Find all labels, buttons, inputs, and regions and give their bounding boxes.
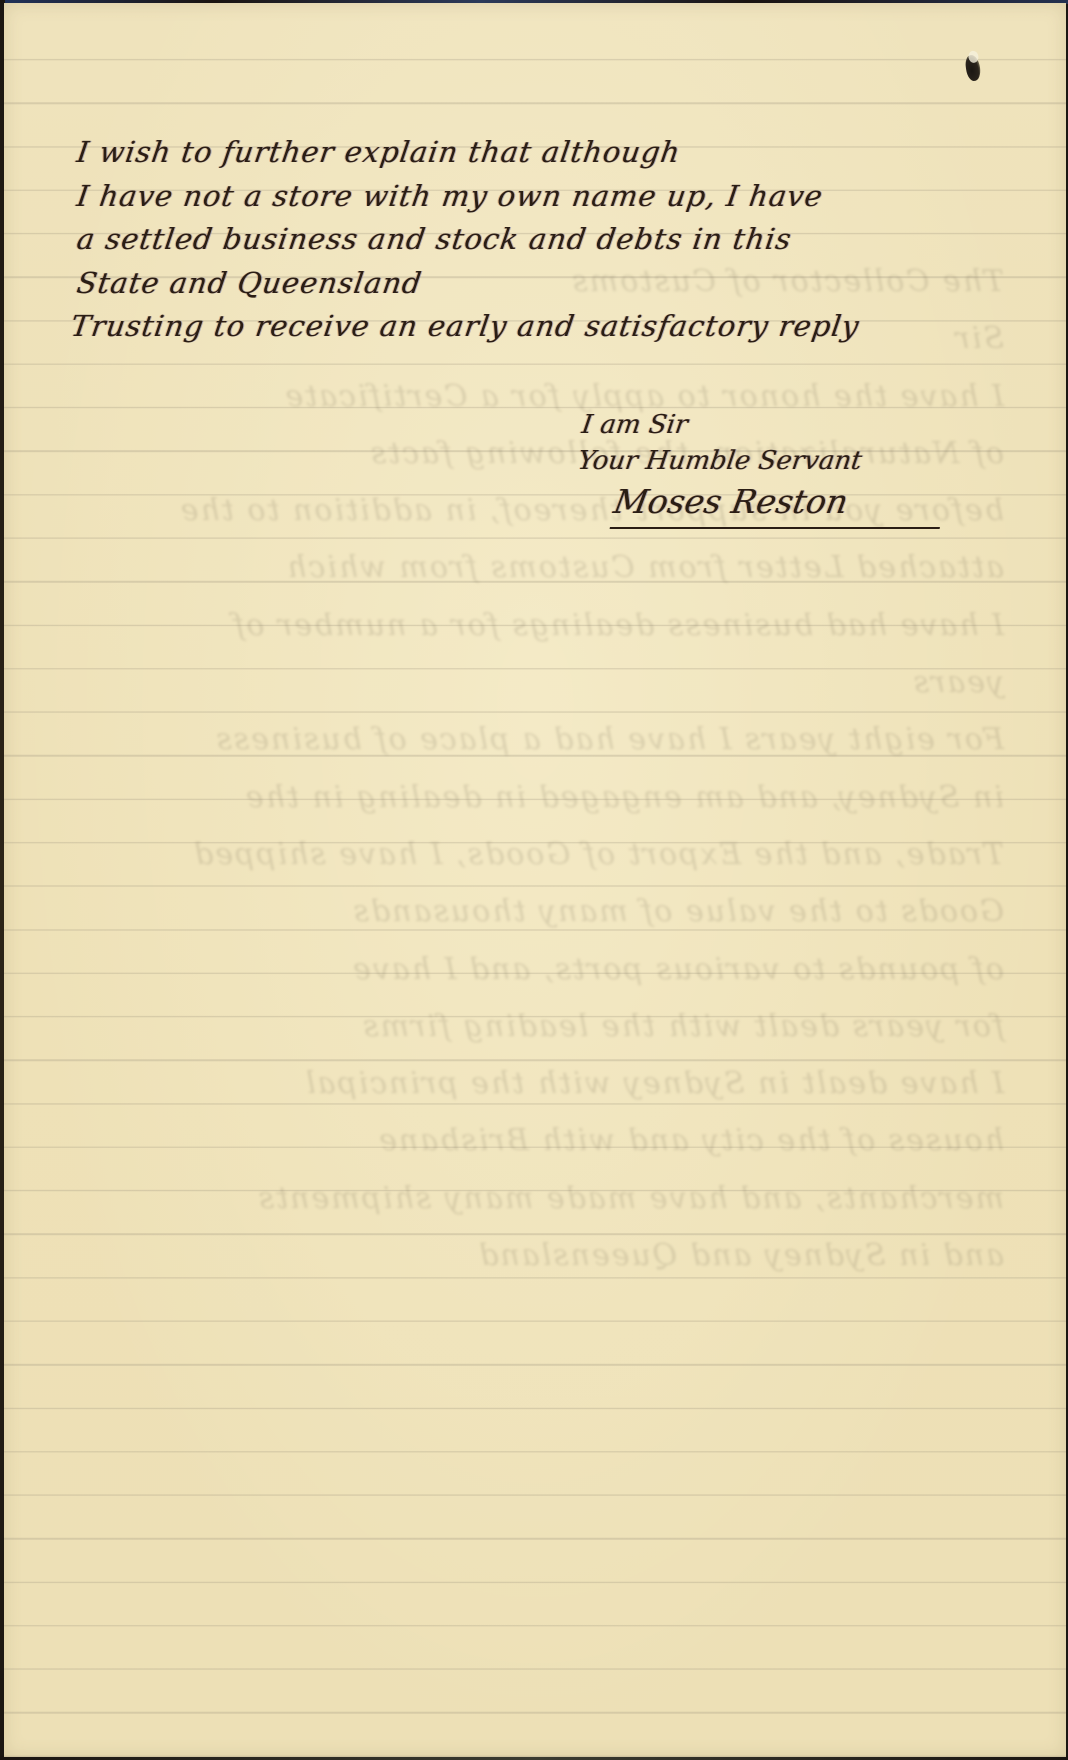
signature-name: Moses Reston (610, 479, 949, 529)
closing-valediction: Your Humble Servant (575, 443, 1004, 479)
body-line-2: I have not a store with my own name up, … (74, 175, 1010, 219)
body-line-3: a settled business and stock and debts i… (74, 218, 1010, 262)
body-line-4: State and Queensland (74, 262, 1010, 306)
letter-body: I wish to further explain that although … (74, 131, 1004, 349)
closing-salutation: I am Sir (579, 407, 1004, 443)
signature-block: I am Sir Your Humble Servant Moses Resto… (582, 407, 1002, 529)
punch-hole (964, 54, 981, 82)
body-line-5: Trusting to receive an early and satisfa… (68, 305, 1010, 349)
body-line-1: I wish to further explain that although (74, 131, 1010, 175)
letter-page: The Collector of Customs Sir I have the … (4, 3, 1066, 1757)
